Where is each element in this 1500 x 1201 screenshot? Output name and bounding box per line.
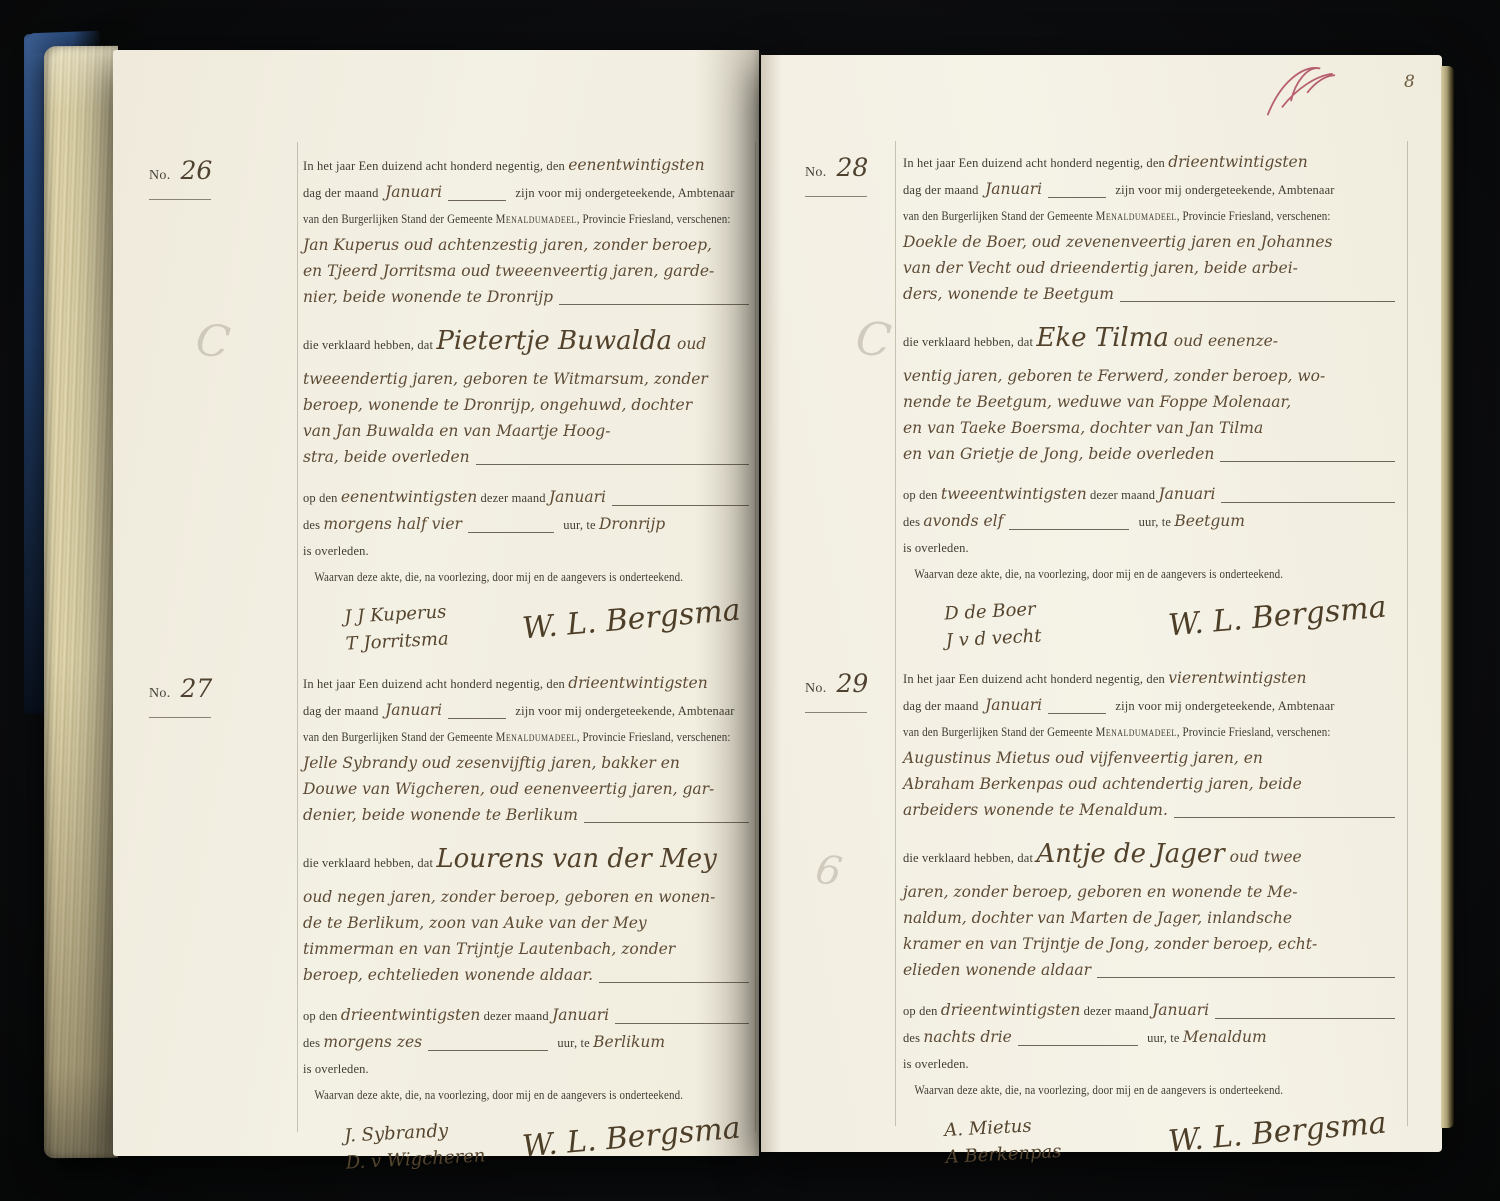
handwritten-text: Jelle Sybrandy oud zesenvijftig jaren, b… <box>303 750 680 776</box>
printed-text: dezer maand <box>480 1003 552 1029</box>
fill-rule <box>584 822 749 823</box>
printed-text: des <box>903 1025 923 1051</box>
form-line: dag der maand Januari zijn voor mij onde… <box>303 697 755 724</box>
printed-text: uur, te <box>554 1030 593 1056</box>
record-no-label: No. <box>805 165 827 180</box>
printed-text: zijn voor mij ondergeteekende, Ambtenaar <box>1112 693 1335 719</box>
form-line: en van Taeke Boersma, dochter van Jan Ti… <box>903 415 1401 441</box>
deceased-name: Antje de Jager <box>1036 833 1224 875</box>
fill-rule <box>599 982 749 983</box>
printed-text: op den <box>903 998 941 1024</box>
printed-text: op den <box>303 485 341 511</box>
label-rule <box>149 717 211 718</box>
handwritten-text: Januari <box>549 484 606 510</box>
form-line: Abraham Berkenpas oud achtendertig jaren… <box>903 771 1401 797</box>
handwritten-text: stra, beide overleden <box>303 444 470 470</box>
form-line: dag der maand Januari zijn voor mij onde… <box>903 176 1401 203</box>
form-line: In het jaar Een duizend acht honderd neg… <box>303 670 755 697</box>
handwritten-text: Berlikum <box>593 1029 665 1055</box>
handwritten-text: oud twee <box>1225 836 1302 878</box>
handwritten-text: de te Berlikum, zoon van Auke van der Me… <box>303 910 647 936</box>
printed-text: van den Burgerlijken Stand der Gemeente <box>903 203 1096 229</box>
handwritten-text: van der Vecht oud drieendertig jaren, be… <box>903 255 1298 281</box>
printed-text: die verklaard hebben, dat <box>903 321 1036 363</box>
page-edges-stack <box>44 46 118 1159</box>
fill-rule <box>448 718 506 719</box>
printed-text: des <box>303 1030 323 1056</box>
printed-text: Menaldumadeel <box>496 724 577 750</box>
handwritten-text: drieentwintigsten <box>941 997 1081 1023</box>
form-line: ders, wonende te Beetgum <box>903 281 1401 307</box>
handwritten-text: van Jan Buwalda en van Maartje Hoog- <box>303 418 610 444</box>
fill-rule <box>1018 1045 1138 1046</box>
record-no-label: No. <box>805 681 827 696</box>
handwritten-text: avonds elf <box>923 508 1003 534</box>
printed-text: , Provincie Friesland, verschenen: <box>1177 203 1331 229</box>
form-line: stra, beide overleden <box>303 444 755 470</box>
form-line: arbeiders wonende te Menaldum. <box>903 797 1401 823</box>
form-line: op den drieentwintigsten dezer maand Jan… <box>903 997 1401 1024</box>
fill-rule <box>448 200 506 201</box>
handwritten-text: ventig jaren, geboren te Ferwerd, zonder… <box>903 363 1325 389</box>
record-no-label: No. <box>149 686 171 701</box>
label-rule <box>149 199 211 200</box>
handwritten-text: Januari <box>985 176 1042 202</box>
death-record: No.27 In het jaar Een duizend acht honde… <box>113 670 759 1182</box>
printed-text: op den <box>303 1003 341 1029</box>
page-right-edge <box>1441 66 1454 1128</box>
handwritten-text: Doekle de Boer, oud zevenenveertig jaren… <box>903 229 1332 255</box>
handwritten-text: naldum, dochter van Marten de Jager, inl… <box>903 905 1292 931</box>
handwritten-text: nier, beide wonende te Dronrijp <box>303 284 553 310</box>
registrar-signature: W. L. Bergsma <box>521 1111 742 1165</box>
handwritten-text: en van Taeke Boersma, dochter van Jan Ti… <box>903 415 1263 441</box>
handwritten-text: tweeentwintigsten <box>941 481 1087 507</box>
signature-block: J J KuperusT JorritsmaW. L. Bergsma <box>303 602 755 655</box>
fill-rule <box>476 464 749 465</box>
printed-text: is overleden. <box>303 538 369 564</box>
form-line: van den Burgerlijken Stand der Gemeente … <box>903 719 1341 745</box>
fill-rule <box>1221 502 1395 503</box>
printed-text: zijn voor mij ondergeteekende, Ambtenaar <box>1112 177 1335 203</box>
form-line: dag der maand Januari zijn voor mij onde… <box>303 179 755 206</box>
right-page: No.28 In het jaar Een duizend acht honde… <box>761 55 1442 1152</box>
handwritten-text: Januari <box>385 697 442 723</box>
handwritten-text: Dronrijp <box>599 511 665 537</box>
handwritten-text: jaren, zonder beroep, geboren en wonende… <box>903 879 1297 905</box>
fill-rule <box>1048 713 1106 714</box>
record-no-label: No. <box>149 168 171 183</box>
label-rule <box>805 712 867 713</box>
fill-rule <box>1220 461 1395 462</box>
printed-text: Menaldumadeel <box>1096 719 1177 745</box>
printed-text: dag der maand <box>303 180 385 206</box>
fill-rule <box>1215 1018 1395 1019</box>
printed-text: is overleden. <box>303 1056 369 1082</box>
witness-signature: J v d vecht <box>945 623 1042 654</box>
printed-text: Waarvan deze akte, die, na voorlezing, d… <box>903 561 1283 587</box>
form-line: naldum, dochter van Marten de Jager, inl… <box>903 905 1401 931</box>
handwritten-text: Abraham Berkenpas oud achtendertig jaren… <box>903 771 1302 797</box>
fill-rule <box>1097 977 1395 978</box>
printed-text: In het jaar Een duizend acht honderd neg… <box>303 153 568 179</box>
fill-rule <box>612 505 749 506</box>
handwritten-text: Beetgum <box>1174 508 1245 534</box>
handwritten-text: oud negen jaren, zonder beroep, geboren … <box>303 884 715 910</box>
form-line: Waarvan deze akte, die, na voorlezing, d… <box>303 564 701 590</box>
form-line: is overleden. <box>903 535 1401 561</box>
printed-text: is overleden. <box>903 1051 969 1077</box>
registrar-signature: W. L. Bergsma <box>1167 590 1388 644</box>
handwritten-text: Jan Kuperus oud achtenzestig jaren, zond… <box>303 232 712 258</box>
signature-block: J. SybrandyD. v WigcherenW. L. Bergsma <box>303 1120 755 1173</box>
pencil-mark: C <box>193 314 233 369</box>
handwritten-text: oud eenenze- <box>1169 320 1278 362</box>
printed-text: , Provincie Friesland, verschenen: <box>577 206 731 232</box>
printed-text: , Provincie Friesland, verschenen: <box>1177 719 1331 745</box>
form-line: nende te Beetgum, weduwe van Foppe Molen… <box>903 389 1401 415</box>
printed-text: van den Burgerlijken Stand der Gemeente <box>303 206 496 232</box>
handwritten-text: Januari <box>1152 997 1209 1023</box>
handwritten-text: Januari <box>985 692 1042 718</box>
book-scan-background: { "page": { "folio_number": "8", "red_ma… <box>0 0 1500 1201</box>
form-line: Jan Kuperus oud achtenzestig jaren, zond… <box>303 232 755 258</box>
handwritten-text: ders, wonende te Beetgum <box>903 281 1114 307</box>
form-line: ventig jaren, geboren te Ferwerd, zonder… <box>903 363 1401 389</box>
handwritten-text: arbeiders wonende te Menaldum. <box>903 797 1168 823</box>
form-line: beroep, echtelieden wonende aldaar. <box>303 962 755 988</box>
form-line: nier, beide wonende te Dronrijp <box>303 284 755 310</box>
fill-rule <box>428 1050 548 1051</box>
printed-text: dezer maand <box>1087 482 1159 508</box>
printed-text: Menaldumadeel <box>1096 203 1177 229</box>
form-line: is overleden. <box>903 1051 1401 1077</box>
printed-text: op den <box>903 482 941 508</box>
printed-text: des <box>303 512 323 538</box>
form-line: timmerman en van Trijntje Lautenbach, zo… <box>303 936 755 962</box>
fill-rule <box>1048 197 1106 198</box>
form-line: des morgens zes uur, te Berlikum <box>303 1029 755 1056</box>
printed-text: zijn voor mij ondergeteekende, Ambtenaar <box>512 698 735 724</box>
witness-signature: T Jorritsma <box>345 626 449 657</box>
handwritten-text: en van Grietje de Jong, beide overleden <box>903 441 1214 467</box>
folio-number: 8 <box>1404 72 1415 92</box>
handwritten-text: beroep, echtelieden wonende aldaar. <box>303 962 593 988</box>
handwritten-text: elieden wonende aldaar <box>903 957 1091 983</box>
form-line: des nachts drie uur, te Menaldum <box>903 1024 1401 1051</box>
handwritten-text: Januari <box>552 1002 609 1028</box>
printed-text: Waarvan deze akte, die, na voorlezing, d… <box>303 564 683 590</box>
witness-signature: D de Boer <box>944 597 1041 628</box>
record-number: 26 <box>181 156 213 185</box>
handwritten-text: Augustinus Mietus oud vijfenveertig jare… <box>903 745 1263 771</box>
form-line: van der Vecht oud drieendertig jaren, be… <box>903 255 1401 281</box>
pencil-mark: C <box>853 310 894 367</box>
record-number: 27 <box>181 674 213 703</box>
fill-rule <box>615 1023 749 1024</box>
printed-text: Menaldumadeel <box>496 206 577 232</box>
handwritten-text: kramer en van Trijntje de Jong, zonder b… <box>903 931 1317 957</box>
handwritten-text: drieentwintigsten <box>341 1002 481 1028</box>
deceased-name: Eke Tilma <box>1036 317 1169 359</box>
handwritten-text: vierentwintigsten <box>1168 665 1306 691</box>
fill-rule <box>1174 817 1395 818</box>
handwritten-text: oud <box>672 323 706 365</box>
handwritten-text: en Tjeerd Jorritsma oud tweeenveertig ja… <box>303 258 714 284</box>
registrar-signature: W. L. Bergsma <box>521 593 742 647</box>
handwritten-text: denier, beide wonende te Berlikum <box>303 802 578 828</box>
printed-text: van den Burgerlijken Stand der Gemeente <box>903 719 1096 745</box>
handwritten-text: Januari <box>1158 481 1215 507</box>
form-line: kramer en van Trijntje de Jong, zonder b… <box>903 931 1401 957</box>
label-rule <box>805 196 867 197</box>
handwritten-text: Menaldum <box>1183 1024 1267 1050</box>
deceased-name: Pietertje Buwalda <box>436 320 672 362</box>
death-record: No.29 In het jaar Een duizend acht honde… <box>761 665 1442 1177</box>
form-line: is overleden. <box>303 1056 755 1082</box>
record-number: 29 <box>837 669 869 698</box>
form-line: op den tweeentwintigsten dezer maand Jan… <box>903 481 1401 508</box>
handwritten-text: morgens zes <box>323 1029 422 1055</box>
handwritten-text: timmerman en van Trijntje Lautenbach, zo… <box>303 936 675 962</box>
handwritten-text: morgens half vier <box>323 511 462 537</box>
form-line: van den Burgerlijken Stand der Gemeente … <box>303 724 701 750</box>
form-line: In het jaar Een duizend acht honderd neg… <box>303 152 755 179</box>
handwritten-text: eenentwintigsten <box>568 152 704 178</box>
witness-signature: J J Kuperus <box>344 599 448 630</box>
handwritten-text: eenentwintigsten <box>341 484 477 510</box>
form-line: elieden wonende aldaar <box>903 957 1401 983</box>
deceased-name: Lourens van der Mey <box>436 838 716 880</box>
registrar-signature: W. L. Bergsma <box>1167 1106 1388 1160</box>
handwritten-text: drieentwintigsten <box>1168 149 1308 175</box>
fill-rule <box>559 304 749 305</box>
form-line: die verklaard hebben, dat Pietertje Buwa… <box>303 320 755 366</box>
form-line: denier, beide wonende te Berlikum <box>303 802 755 828</box>
printed-text: In het jaar Een duizend acht honderd neg… <box>903 666 1168 692</box>
printed-text: dezer maand <box>1080 998 1152 1024</box>
form-line: die verklaard hebben, dat Lourens van de… <box>303 838 755 884</box>
form-line: Augustinus Mietus oud vijfenveertig jare… <box>903 745 1401 771</box>
form-line: des morgens half vier uur, te Dronrijp <box>303 511 755 538</box>
form-line: beroep, wonende te Dronrijp, ongehuwd, d… <box>303 392 755 418</box>
printed-text: dezer maand <box>477 485 549 511</box>
printed-text: , Provincie Friesland, verschenen: <box>577 724 731 750</box>
form-line: die verklaard hebben, dat Eke Tilma oud … <box>903 317 1401 363</box>
form-line: dag der maand Januari zijn voor mij onde… <box>903 692 1401 719</box>
form-line: van Jan Buwalda en van Maartje Hoog- <box>303 418 755 444</box>
form-line: op den eenentwintigsten dezer maand Janu… <box>303 484 755 511</box>
handwritten-text: Januari <box>385 179 442 205</box>
signature-block: A. MietusA BerkenpasW. L. Bergsma <box>903 1115 1401 1168</box>
form-line: van den Burgerlijken Stand der Gemeente … <box>903 203 1341 229</box>
form-line: Waarvan deze akte, die, na voorlezing, d… <box>303 1082 701 1108</box>
record-number: 28 <box>837 153 869 182</box>
printed-text: die verklaard hebben, dat <box>303 842 436 884</box>
form-line: op den drieentwintigsten dezer maand Jan… <box>303 1002 755 1029</box>
printed-text: zijn voor mij ondergeteekende, Ambtenaar <box>512 180 735 206</box>
form-line: In het jaar Een duizend acht honderd neg… <box>903 665 1401 692</box>
signature-block: D de BoerJ v d vechtW. L. Bergsma <box>903 599 1401 652</box>
form-line: In het jaar Een duizend acht honderd neg… <box>903 149 1401 176</box>
form-line: Doekle de Boer, oud zevenenveertig jaren… <box>903 229 1401 255</box>
witness-signature: A Berkenpas <box>945 1139 1062 1171</box>
left-page: No.26 In het jaar Een duizend acht honde… <box>113 50 759 1156</box>
printed-text: des <box>903 509 923 535</box>
printed-text: die verklaard hebben, dat <box>303 324 436 366</box>
death-record: No.26 In het jaar Een duizend acht honde… <box>113 152 759 664</box>
printed-text: Waarvan deze akte, die, na voorlezing, d… <box>903 1077 1283 1103</box>
printed-text: van den Burgerlijken Stand der Gemeente <box>303 724 496 750</box>
fill-rule <box>1120 301 1395 302</box>
form-line: en Tjeerd Jorritsma oud tweeenveertig ja… <box>303 258 755 284</box>
printed-text: die verklaard hebben, dat <box>903 837 1036 879</box>
handwritten-text: nachts drie <box>923 1024 1011 1050</box>
handwritten-text: Douwe van Wigcheren, oud eenenveertig ja… <box>303 776 714 802</box>
form-line: van den Burgerlijken Stand der Gemeente … <box>303 206 701 232</box>
printed-text: In het jaar Een duizend acht honderd neg… <box>303 671 568 697</box>
form-line: Waarvan deze akte, die, na voorlezing, d… <box>903 561 1341 587</box>
form-line: Waarvan deze akte, die, na voorlezing, d… <box>903 1077 1341 1103</box>
handwritten-text: nende te Beetgum, weduwe van Foppe Molen… <box>903 389 1291 415</box>
form-line: Jelle Sybrandy oud zesenvijftig jaren, b… <box>303 750 755 776</box>
form-line: de te Berlikum, zoon van Auke van der Me… <box>303 910 755 936</box>
handwritten-text: beroep, wonende te Dronrijp, ongehuwd, d… <box>303 392 692 418</box>
form-line: is overleden. <box>303 538 755 564</box>
form-line: tweeendertig jaren, geboren te Witmarsum… <box>303 366 755 392</box>
printed-text: Waarvan deze akte, die, na voorlezing, d… <box>303 1082 683 1108</box>
handwritten-text: drieentwintigsten <box>568 670 708 696</box>
printed-text: uur, te <box>560 512 599 538</box>
form-line: Douwe van Wigcheren, oud eenenveertig ja… <box>303 776 755 802</box>
printed-text: dag der maand <box>303 698 385 724</box>
printed-text: uur, te <box>1135 509 1174 535</box>
form-line: en van Grietje de Jong, beide overleden <box>903 441 1401 467</box>
handwritten-text: tweeendertig jaren, geboren te Witmarsum… <box>303 366 708 392</box>
printed-text: is overleden. <box>903 535 969 561</box>
form-line: des avonds elf uur, te Beetgum <box>903 508 1401 535</box>
death-record: No.28 In het jaar Een duizend acht honde… <box>761 149 1442 661</box>
fill-rule <box>1009 529 1129 530</box>
fill-rule <box>468 532 554 533</box>
printed-text: uur, te <box>1144 1025 1183 1051</box>
form-line: jaren, zonder beroep, geboren en wonende… <box>903 879 1401 905</box>
form-line: oud negen jaren, zonder beroep, geboren … <box>303 884 755 910</box>
form-line: die verklaard hebben, dat Antje de Jager… <box>903 833 1401 879</box>
printed-text: In het jaar Een duizend acht honderd neg… <box>903 150 1168 176</box>
